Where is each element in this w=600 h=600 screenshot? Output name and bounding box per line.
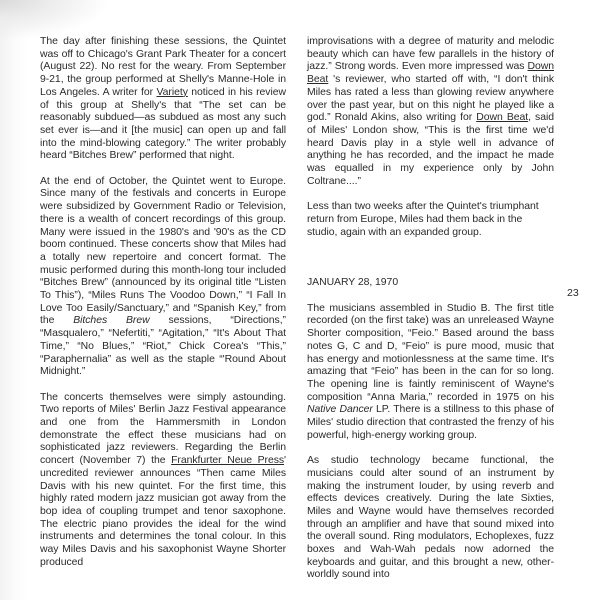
paragraph-concerts-astounding: The concerts themselves were simply asto…: [40, 392, 286, 570]
left-text-column: The day after finishing these sessions, …: [40, 36, 286, 582]
album-title-bitches-brew: Bitches Brew: [73, 315, 149, 326]
album-title-native-dancer: Native Dancer: [307, 404, 373, 415]
text-span: , said of Miles' London show, “This is t…: [307, 112, 554, 187]
text-span: Less than two weeks after the Quintet's …: [307, 201, 539, 237]
text-span: At the end of October, the Quintet went …: [40, 176, 286, 327]
publication-title-frankfurter: Frankfurter Neue Press: [171, 455, 284, 466]
paragraph-grant-park: The day after finishing these sessions, …: [40, 36, 286, 163]
paragraph-studio-b: The musicians assembled in Studio B. The…: [307, 303, 554, 443]
publication-title-down-beat: Down Beat: [476, 112, 528, 123]
paragraph-back-in-studio: Less than two weeks after the Quintet's …: [307, 201, 554, 239]
publication-title-variety: Variety: [157, 87, 188, 98]
paragraph-europe-tour: At the end of October, the Quintet went …: [40, 176, 286, 379]
page-number: 23: [567, 287, 579, 299]
section-gap: [307, 252, 554, 277]
paragraph-down-beat-reviews: improvisations with a degree of maturity…: [307, 36, 554, 188]
text-span: The musicians assembled in Studio B. The…: [307, 303, 554, 403]
section-heading-date: JANUARY 28, 1970: [307, 277, 554, 290]
right-text-column: improvisations with a degree of maturity…: [307, 36, 554, 595]
text-span: improvisations with a degree of maturity…: [307, 36, 554, 72]
text-span: ' uncredited reviewer announces “Then ca…: [40, 455, 286, 568]
paragraph-studio-technology: As studio technology became functional, …: [307, 455, 554, 582]
text-span: As studio technology became functional, …: [307, 455, 554, 580]
